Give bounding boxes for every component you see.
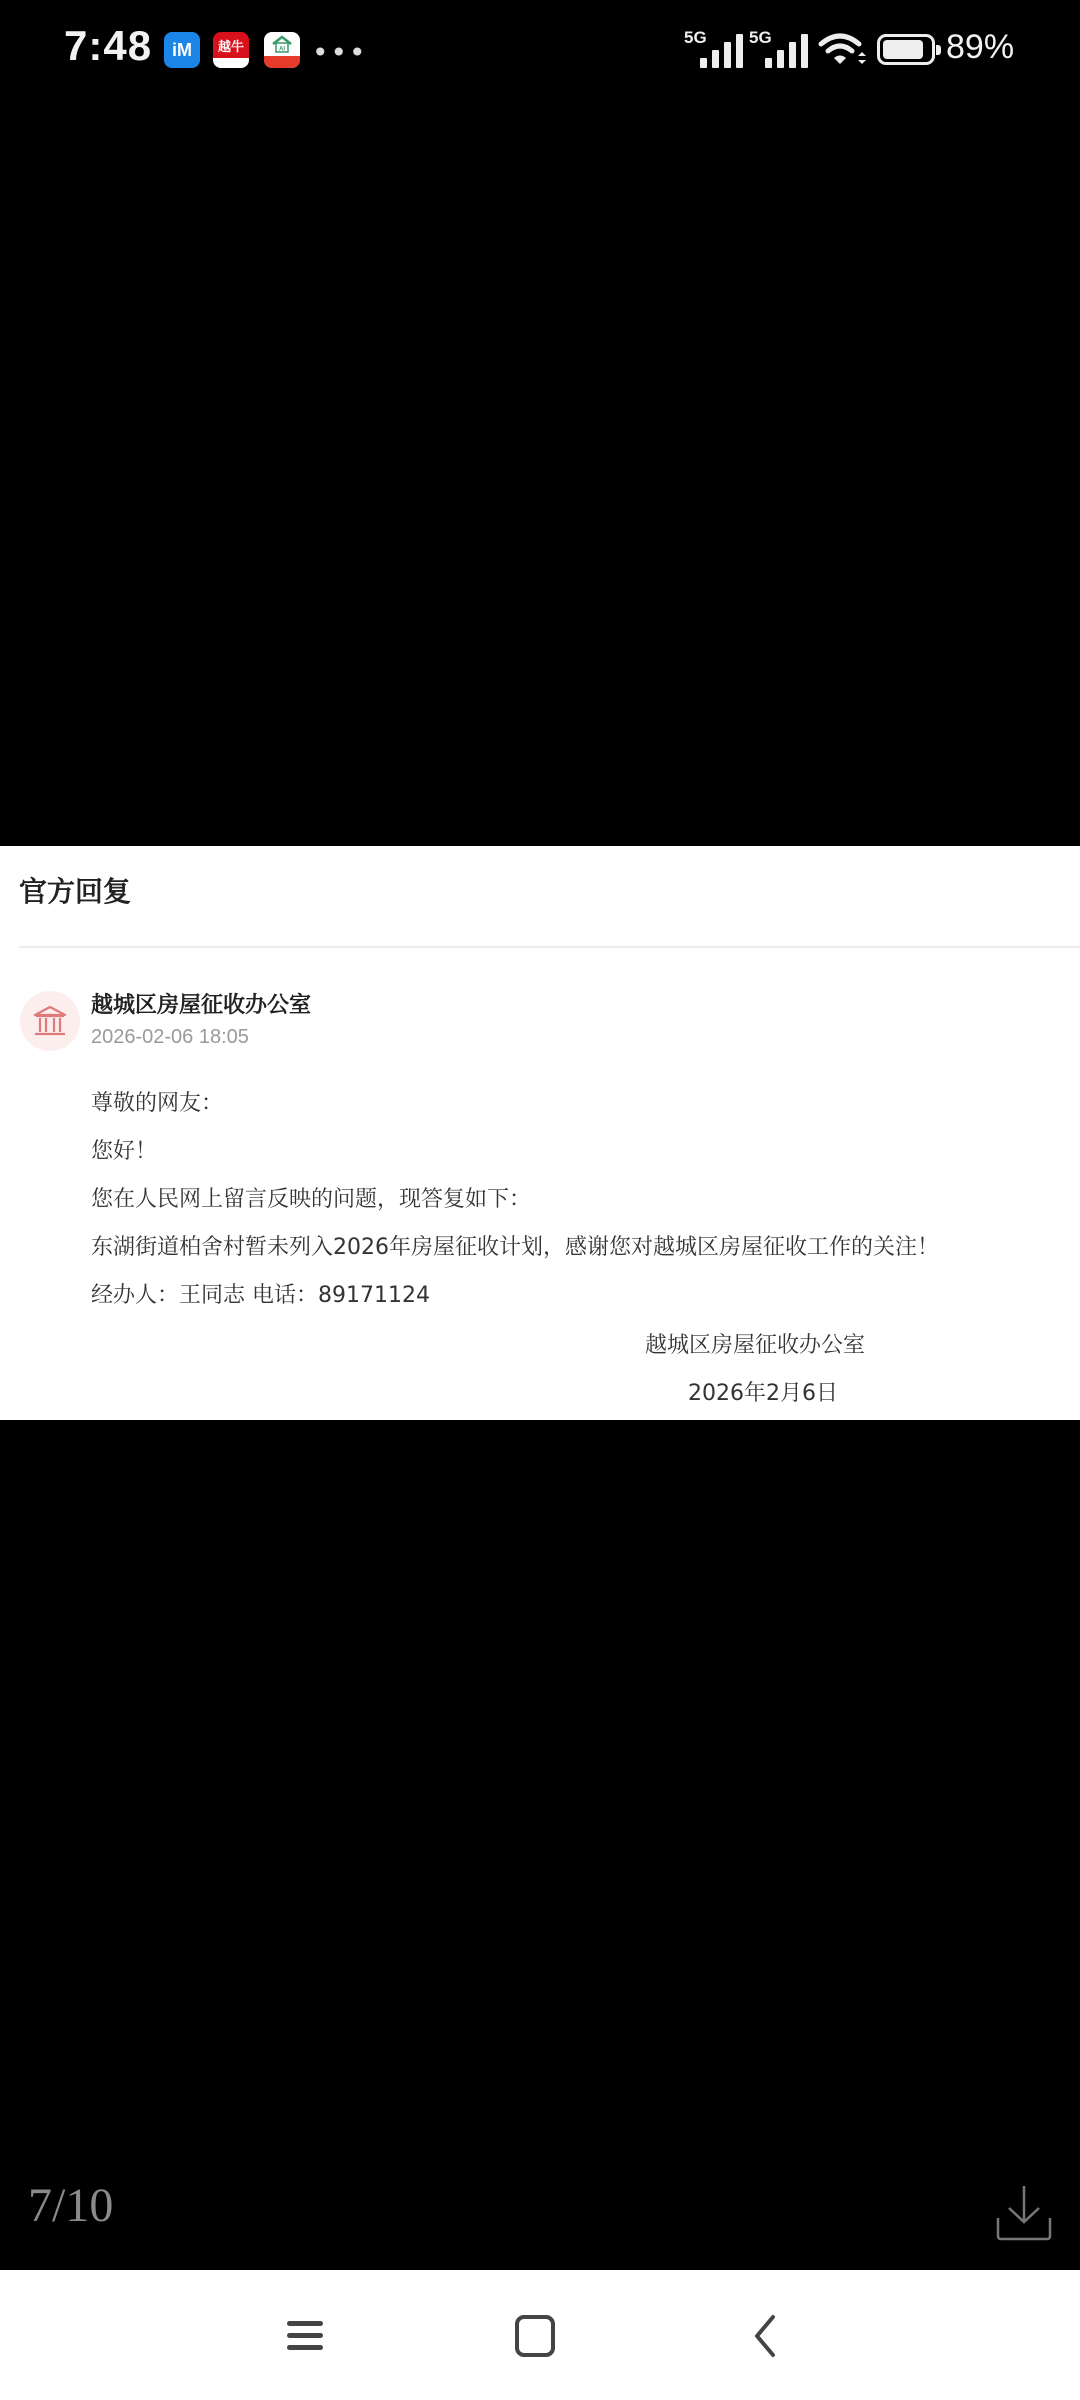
- home-icon: [513, 2313, 557, 2359]
- download-button[interactable]: [994, 2182, 1054, 2242]
- yueniu-app-label: 越牛: [218, 32, 244, 58]
- wifi-icon: [818, 32, 868, 68]
- signature-date: 2026年2月6日: [688, 1376, 838, 1407]
- reply-line-contact: 经办人：王同志 电话：89171124: [91, 1278, 430, 1309]
- reply-timestamp: 2026-02-06 18:05: [91, 1026, 249, 1049]
- ai-home-app-notification-icon: AI: [264, 32, 300, 68]
- home-button[interactable]: [505, 2306, 565, 2366]
- battery-percent: 89%: [946, 28, 1014, 67]
- svg-text:AI: AI: [279, 47, 285, 53]
- divider: [19, 946, 1080, 948]
- reply-line-content: 东湖街道柏舍村暂未列入2026年房屋征收计划，感谢您对越城区房屋征收工作的关注！: [91, 1230, 939, 1261]
- reply-line-hello: 您好！: [91, 1134, 157, 1165]
- battery-icon: [877, 34, 935, 65]
- government-building-icon: [32, 1005, 68, 1037]
- download-icon: [994, 2182, 1054, 2242]
- org-name: 越城区房屋征收办公室: [91, 988, 311, 1019]
- navigation-bar: [0, 2270, 1080, 2400]
- reply-line-intro: 您在人民网上留言反映的问题，现答复如下：: [91, 1182, 531, 1213]
- im-app-label: iM: [172, 40, 192, 61]
- house-icon: AI: [271, 35, 293, 53]
- section-title: 官方回复: [19, 870, 131, 910]
- signal-5g-icon-2: 5G: [749, 28, 809, 68]
- reply-line-greeting: 尊敬的网友：: [91, 1086, 223, 1117]
- menu-icon: [285, 2316, 325, 2356]
- more-notifications-icon: •••: [312, 36, 368, 69]
- status-bar: 7:48 iM 越牛 AI ••• 5G 5G: [0, 0, 1080, 100]
- page-counter: 7/10: [28, 2178, 113, 2233]
- back-button[interactable]: [735, 2306, 795, 2366]
- signature-org: 越城区房屋征收办公室: [645, 1328, 865, 1359]
- status-time: 7:48: [64, 22, 152, 70]
- org-avatar: [20, 991, 80, 1051]
- im-app-notification-icon: iM: [164, 32, 200, 68]
- viewed-image[interactable]: 官方回复 越城区房屋征收办公室 2026-02-06 18:05 尊敬的网友： …: [0, 846, 1080, 1420]
- yueniu-app-notification-icon: 越牛: [213, 32, 249, 68]
- back-icon: [745, 2313, 785, 2359]
- recents-button[interactable]: [275, 2306, 335, 2366]
- signal-5g-icon-1: 5G: [684, 28, 744, 68]
